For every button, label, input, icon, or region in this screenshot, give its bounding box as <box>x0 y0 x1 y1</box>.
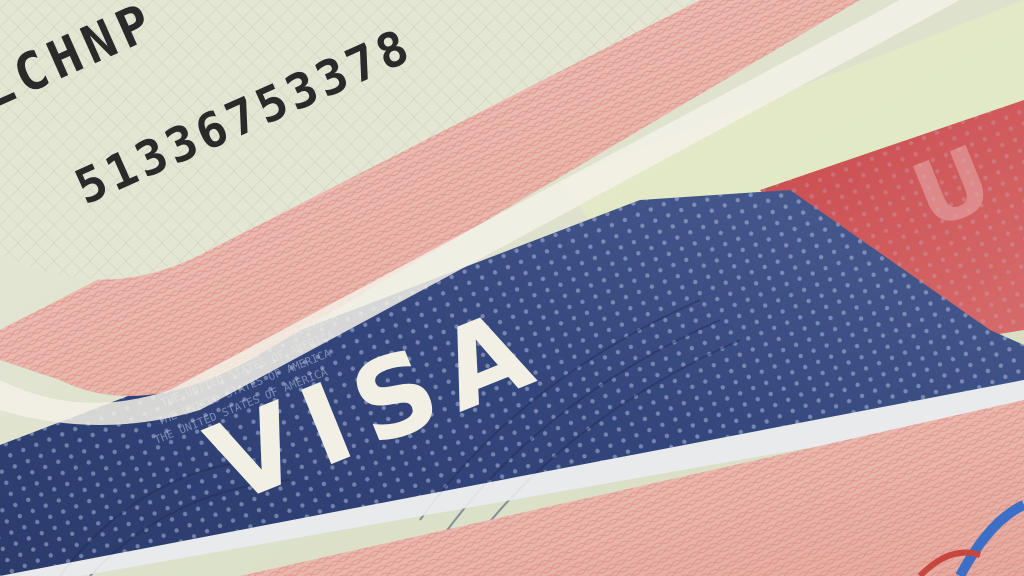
passport-photo: U THE UNITED STATES OF AMERICA THE UNITE… <box>0 0 1024 576</box>
